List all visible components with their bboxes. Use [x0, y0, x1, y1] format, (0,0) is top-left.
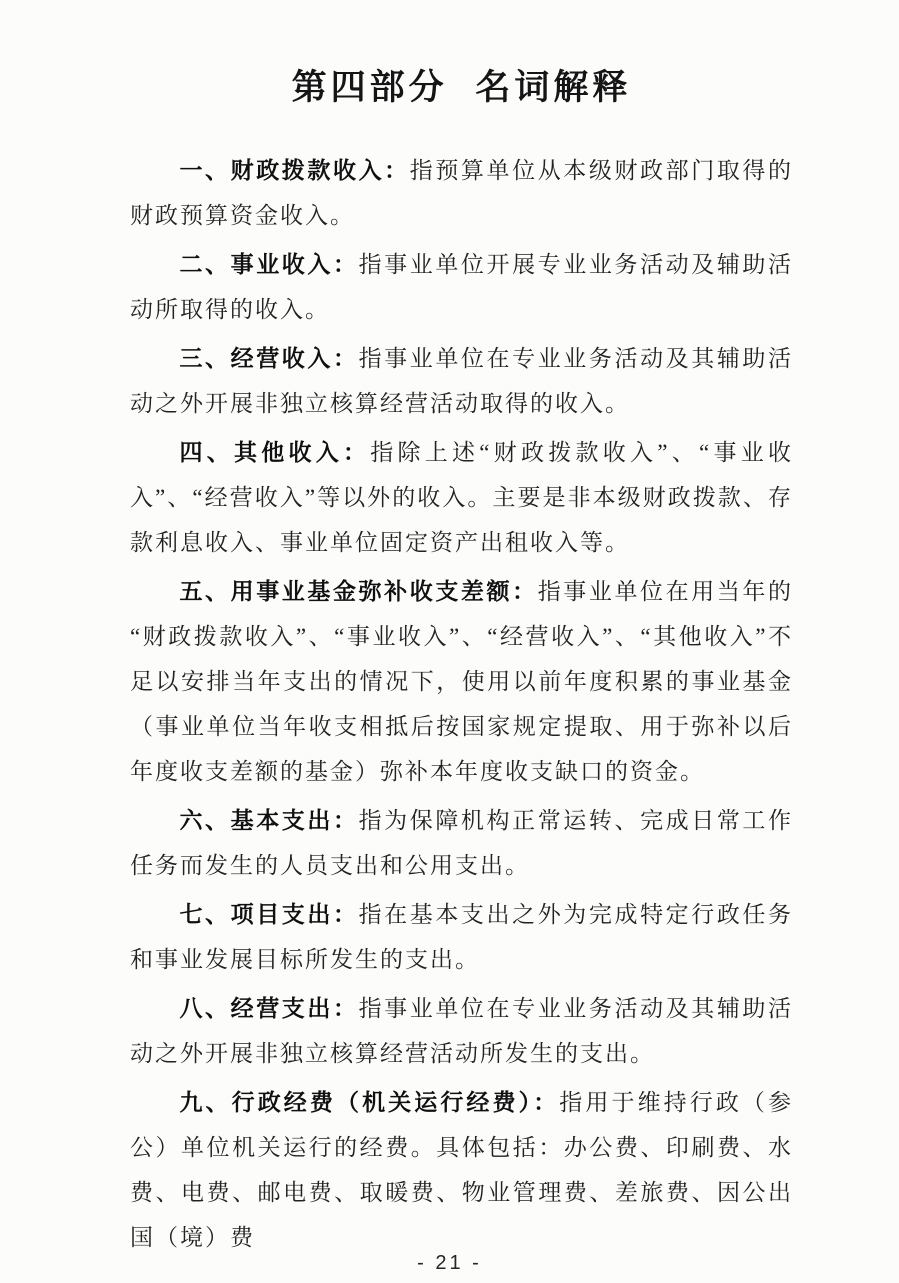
- term-label: 三、经营收入：: [179, 346, 358, 371]
- term-label: 七、项目支出：: [179, 902, 358, 927]
- term-label: 二、事业收入：: [179, 252, 358, 277]
- term-label: 一、财政拨款收入：: [179, 158, 409, 183]
- document-body: 一、财政拨款收入：指预算单位从本级财政部门取得的财政预算资金收入。 二、事业收入…: [130, 148, 793, 1260]
- definition-paragraph: 六、基本支出：指为保障机构正常运转、完成日常工作任务而发生的人员支出和公用支出。: [130, 798, 793, 888]
- definition-paragraph: 一、财政拨款收入：指预算单位从本级财政部门取得的财政预算资金收入。: [130, 148, 793, 238]
- term-label: 四、其他收入：: [179, 440, 370, 465]
- definition-paragraph: 五、用事业基金弥补收支差额：指事业单位在用当年的“财政拨款收入”、“事业收入”、…: [130, 569, 793, 794]
- term-label: 九、行政经费（机关运行经费）：: [179, 1090, 559, 1115]
- page-title: 第四部分 名词解释: [130, 64, 793, 112]
- definition-paragraph: 八、经营支出：指事业单位在专业业务活动及其辅助活动之外开展非独立核算经营活动所发…: [130, 986, 793, 1076]
- page-number: - 21 -: [0, 1252, 899, 1275]
- definition-paragraph: 四、其他收入：指除上述“财政拨款收入”、“事业收入”、“经营收入”等以外的收入。…: [130, 430, 793, 565]
- document-page: 第四部分 名词解释 一、财政拨款收入：指预算单位从本级财政部门取得的财政预算资金…: [0, 0, 899, 1283]
- definition-paragraph: 七、项目支出：指在基本支出之外为完成特定行政任务和事业发展目标所发生的支出。: [130, 892, 793, 982]
- term-label: 六、基本支出：: [179, 808, 358, 833]
- term-definition: 指事业单位在用当年的“财政拨款收入”、“事业收入”、“经营收入”、“其他收入”不…: [130, 579, 793, 784]
- term-label: 五、用事业基金弥补收支差额：: [179, 579, 537, 604]
- definition-paragraph: 二、事业收入：指事业单位开展专业业务活动及辅助活动所取得的收入。: [130, 242, 793, 332]
- term-label: 八、经营支出：: [179, 996, 358, 1021]
- definition-paragraph: 九、行政经费（机关运行经费）：指用于维持行政（参公）单位机关运行的经费。具体包括…: [130, 1080, 793, 1260]
- definition-paragraph: 三、经营收入：指事业单位在专业业务活动及其辅助活动之外开展非独立核算经营活动取得…: [130, 336, 793, 426]
